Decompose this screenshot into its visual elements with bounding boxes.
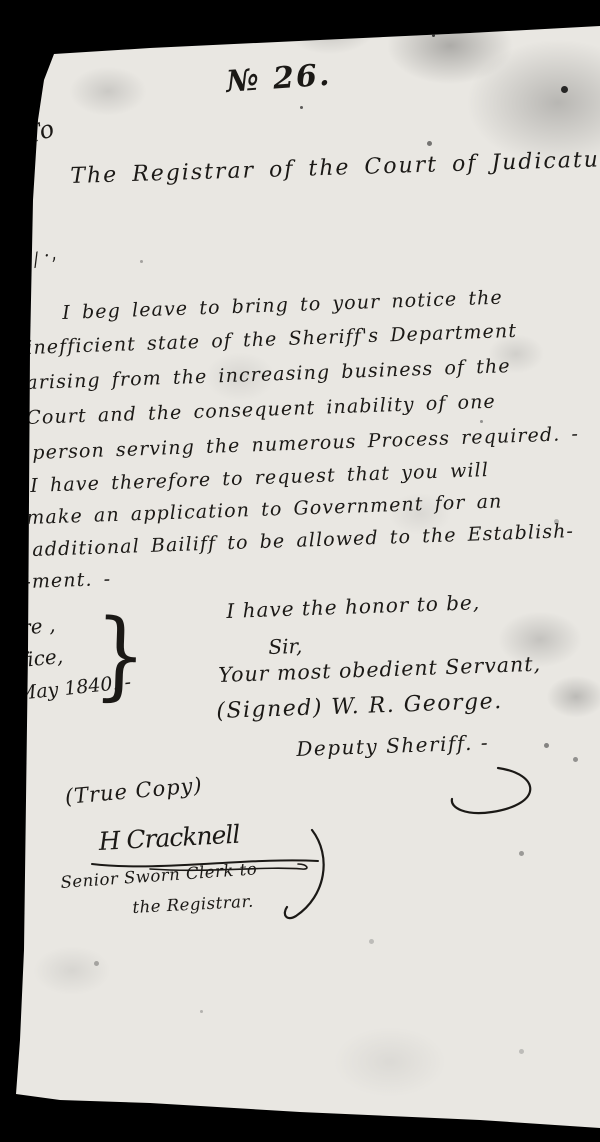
date-block-line-1: re , xyxy=(20,613,56,638)
signed-line: (Signed) W. R. George. xyxy=(216,690,503,724)
signer-title-line: Deputy Sheriff. - xyxy=(296,731,489,760)
scanned-letter-screenshot: { "colors": { "background": "#000000", "… xyxy=(0,0,600,1142)
clerk-role-line-1: Senior Sworn Clerk to xyxy=(60,860,258,892)
date-block-line-2: ffice, xyxy=(12,645,64,672)
left-edge-marks: / ·, xyxy=(30,244,59,271)
closing-sir-line: Sir, xyxy=(268,635,303,658)
body-line-4: Court and the consequent inability of on… xyxy=(26,392,496,429)
closing-servant-line: Your most obedient Servant, xyxy=(218,653,541,687)
body-line-1: I beg leave to bring to your notice the xyxy=(62,288,503,324)
body-line-8: additional Bailiff to be allowed to the … xyxy=(32,521,574,561)
sheriff-flourish xyxy=(452,768,530,813)
signature-descender xyxy=(285,830,324,918)
body-line-2: inefficient state of the Sheriff's Depar… xyxy=(26,321,517,359)
true-copy-note: (True Copy) xyxy=(64,774,204,809)
date-block-brace: } xyxy=(93,606,148,704)
body-line-5: person serving the numerous Process requ… xyxy=(32,424,579,464)
body-line-9: -ment. - xyxy=(24,569,112,593)
paper-speckles xyxy=(0,0,3,3)
letter-page: № 26. To The Registrar of the Court of J… xyxy=(0,0,600,1142)
addressee-line: The Registrar of the Court of Judicature… xyxy=(70,147,600,189)
closing-honor-line: I have the honor to be, xyxy=(226,591,480,622)
clerk-signature: H Cracknell xyxy=(98,821,240,856)
body-line-6: I have therefore to request that you wil… xyxy=(30,460,489,497)
body-line-7: make an application to Government for an xyxy=(26,491,503,529)
body-line-3: arising from the increasing business of … xyxy=(26,356,511,394)
clerk-role-line-2: the Registrar. xyxy=(132,893,254,917)
document-number: № 26. xyxy=(225,59,332,99)
to-fragment: To xyxy=(22,115,57,149)
